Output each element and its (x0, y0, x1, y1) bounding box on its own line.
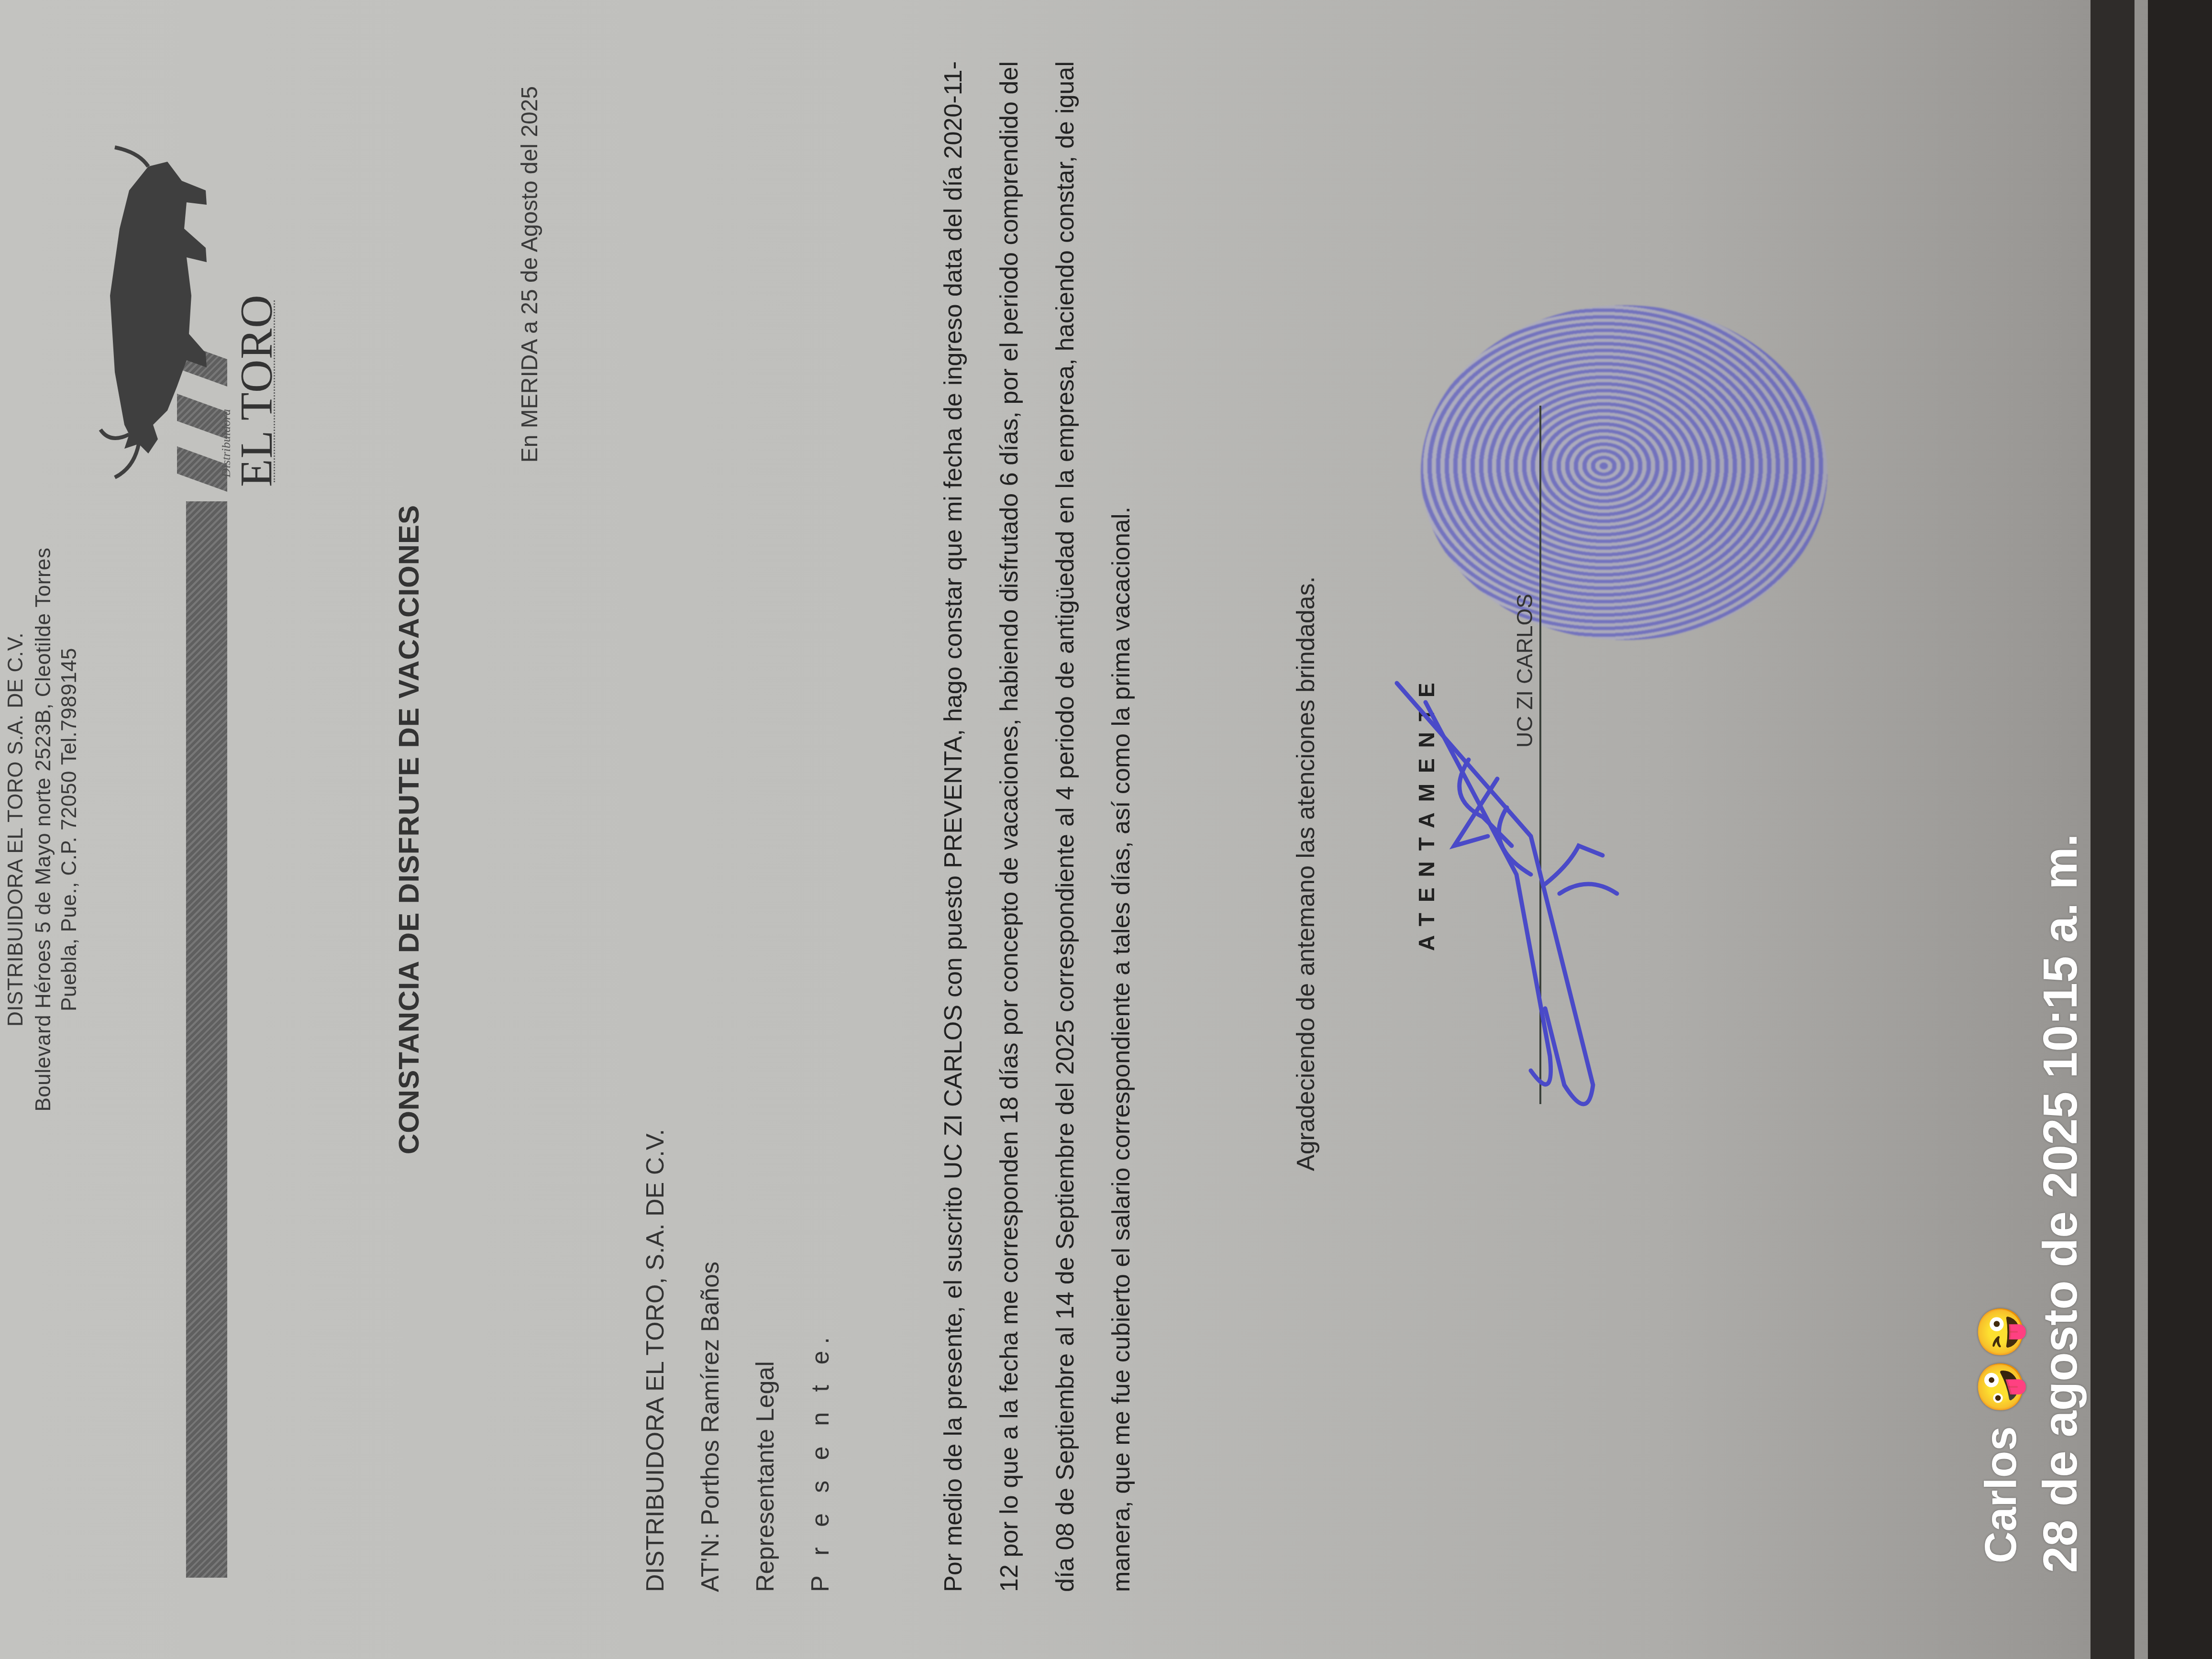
addressee-attn: AT'N: Porthos Ramírez Baños (696, 1261, 725, 1592)
photo-overlay-timestamp: 28 de agosto de 2025 10:15 a. m. (2033, 834, 2088, 1573)
table-edge (2148, 0, 2212, 1659)
document-page: DISTRIBUIDORA EL TORO S.A. DE C.V. Boule… (0, 0, 2212, 1659)
company-logo: Distribuidora EL TORO (96, 143, 282, 497)
handwritten-signature-icon (1387, 367, 1626, 1181)
table-edge (2090, 0, 2135, 1659)
emoji-icon: 🤪😜 (1977, 1305, 2025, 1414)
document-title: CONSTANCIA DE DISFRUTE DE VACACIONES (392, 0, 425, 1659)
overlay-name-text: Carlos (1977, 1427, 2025, 1563)
closing-line: Agradeciendo de antemano las atenciones … (1292, 576, 1320, 1171)
logo-underline (274, 300, 275, 482)
company-header-name: DISTRIBUIDORA EL TORO S.A. DE C.V. (4, 0, 28, 1659)
place-date: En MERIDA a 25 de Agosto del 2025 (517, 86, 543, 463)
body-paragraph: Por medio de la presente, el suscrito UC… (926, 61, 1150, 1592)
photo-overlay-name: Carlos 🤪😜 (1976, 1305, 2027, 1563)
header-divider-bar (177, 501, 227, 1578)
addressee-greeting: P r e s e n t e. (806, 1330, 835, 1592)
company-header-city-phone: Puebla, Pue., C.P. 72050 Tel.7989145 (57, 0, 81, 1659)
bull-icon (96, 143, 225, 497)
company-header-address: Boulevard Héroes 5 de Mayo norte 2523B, … (32, 0, 55, 1659)
addressee-role: Representante Legal (751, 1361, 780, 1592)
addressee-company: DISTRIBUIDORA EL TORO, S.A. DE C.V. (641, 1129, 670, 1592)
